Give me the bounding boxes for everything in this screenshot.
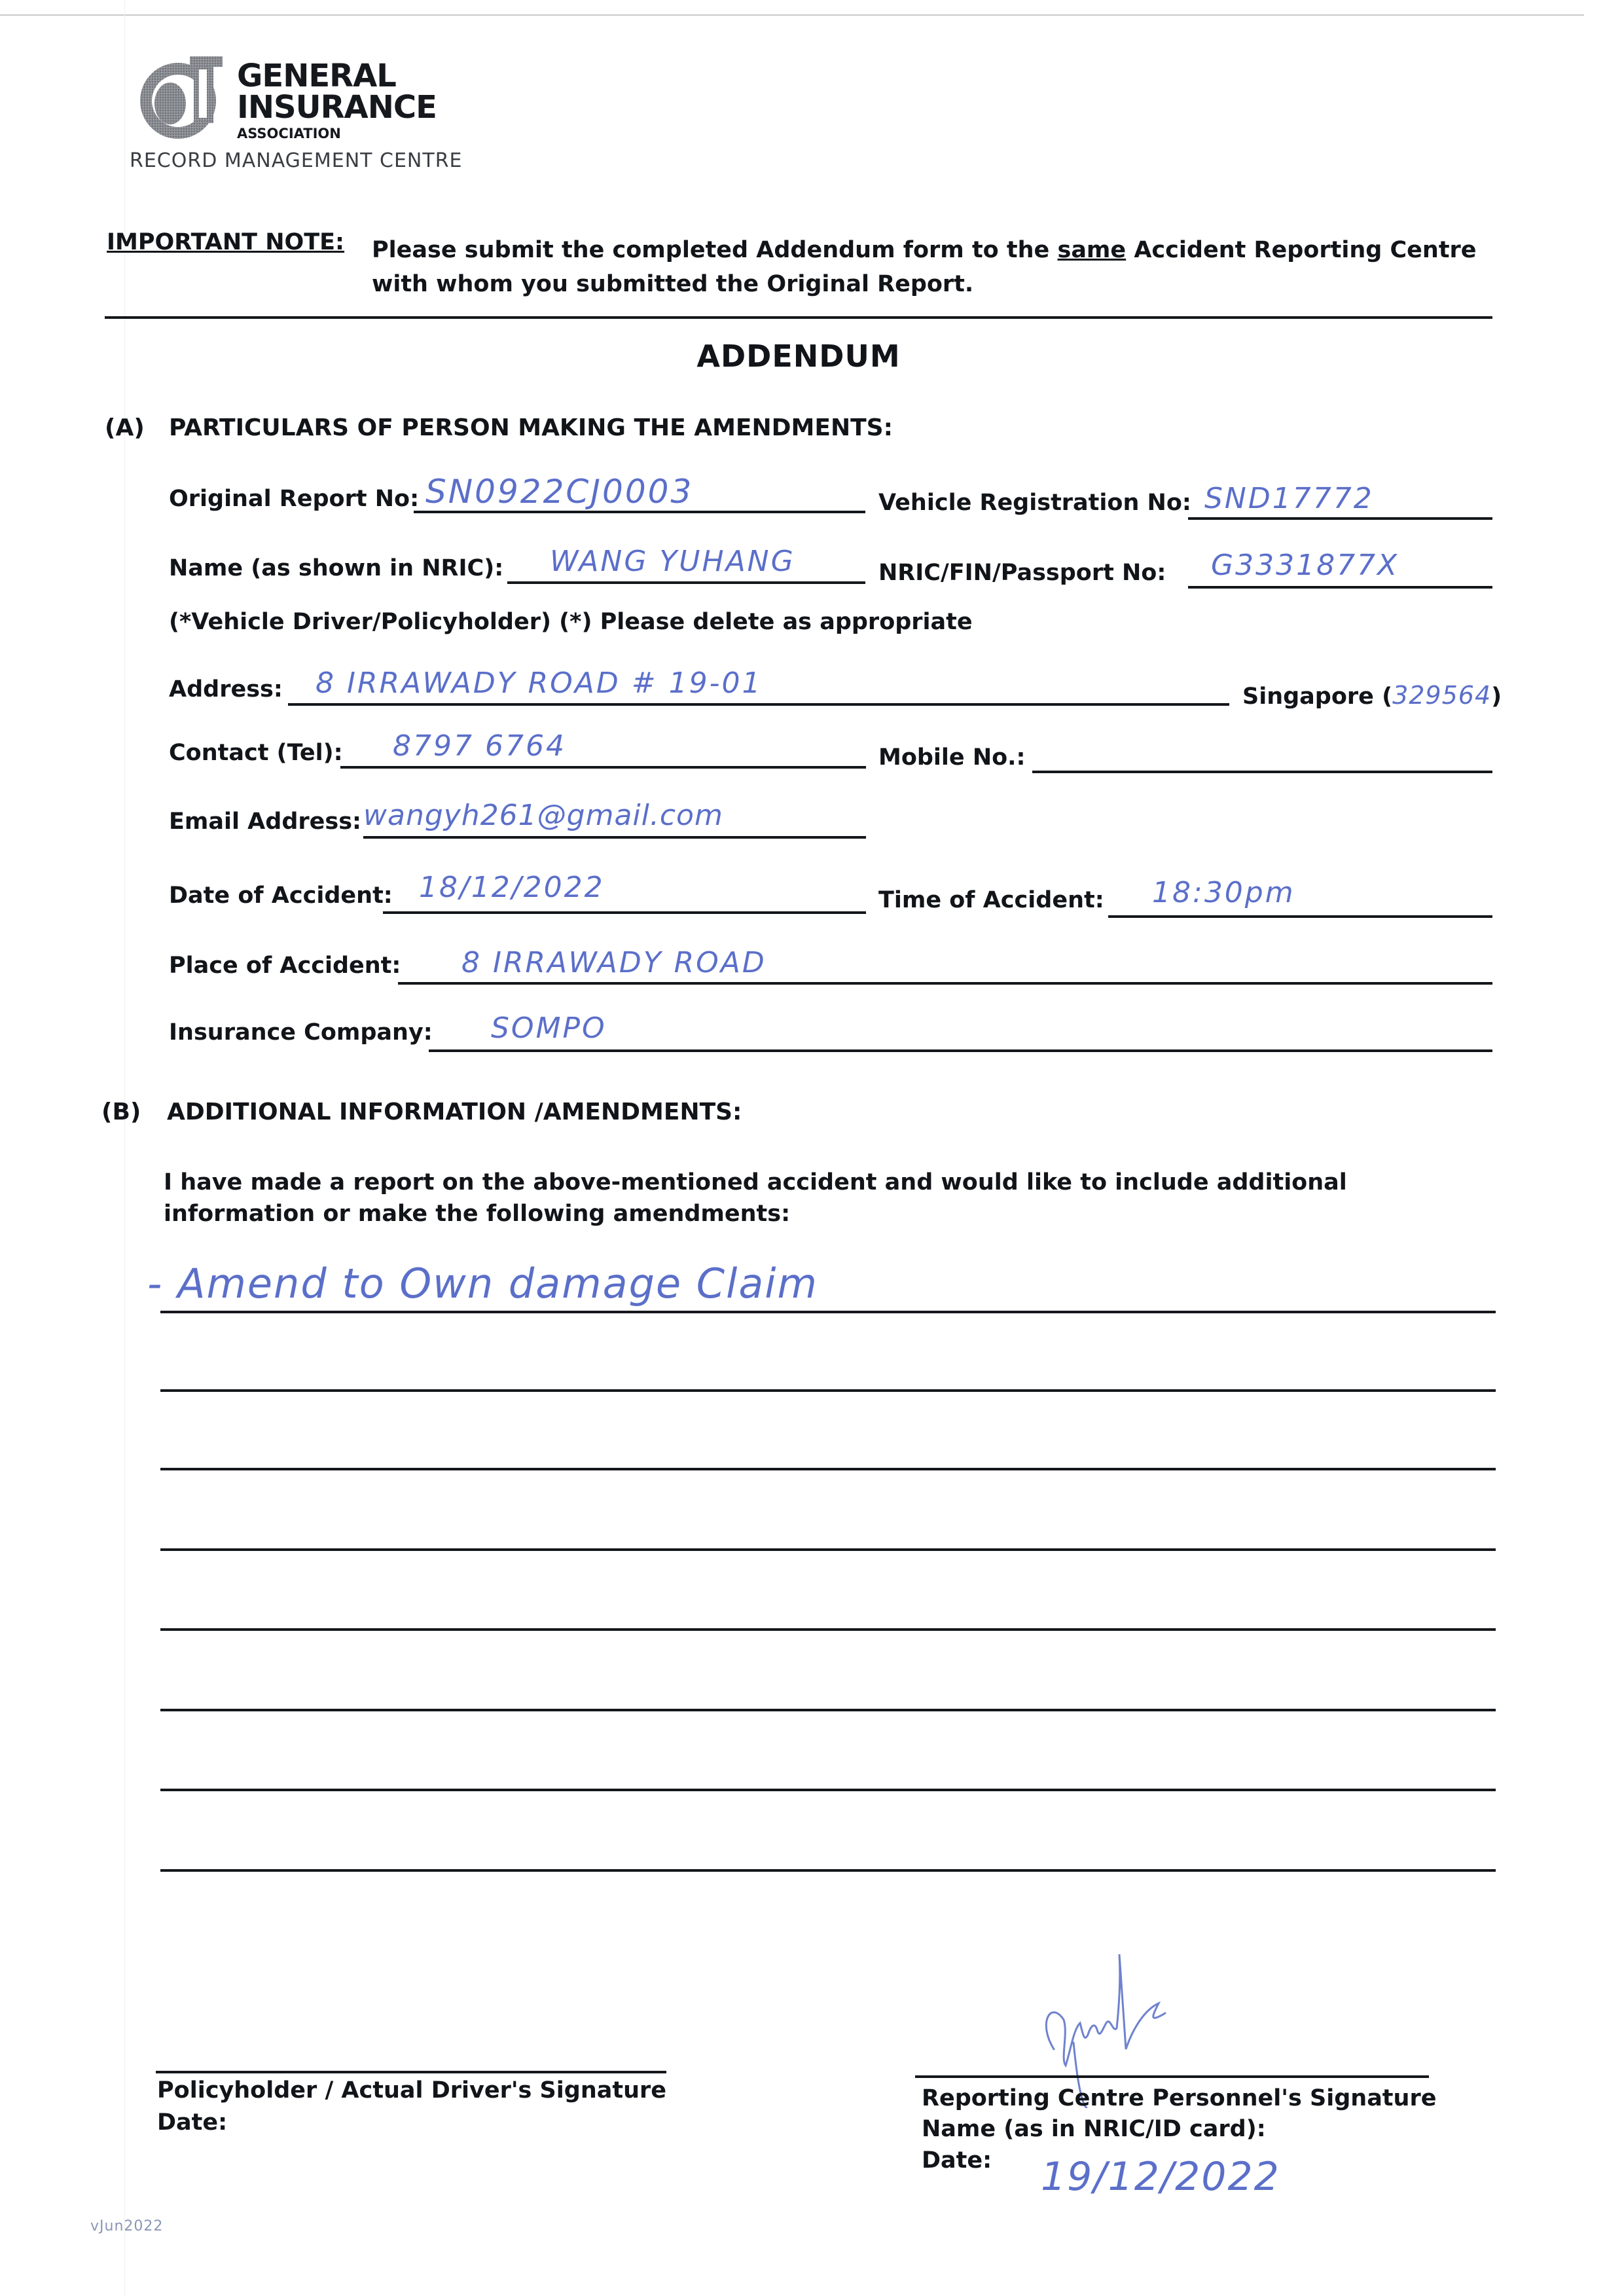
contact-tel-line bbox=[340, 766, 866, 769]
scan-top-edge bbox=[0, 14, 1584, 16]
place-of-accident-field[interactable]: 8 IRRAWADY ROAD bbox=[461, 946, 767, 979]
section-a-marker: (A) bbox=[105, 414, 145, 441]
page-title: ADDENDUM bbox=[0, 338, 1597, 374]
email-label: Email Address: bbox=[169, 809, 361, 835]
personnel-signature-caption: Reporting Centre Personnel's Signature bbox=[922, 2085, 1436, 2111]
gia-monogram-icon bbox=[131, 45, 236, 141]
important-note-label: IMPORTANT NOTE: bbox=[107, 229, 344, 255]
personnel-name-label: Name (as in NRIC/ID card): bbox=[922, 2116, 1266, 2142]
email-line bbox=[363, 836, 866, 839]
amendment-line bbox=[160, 1468, 1496, 1470]
logo-line-2: INSURANCE bbox=[237, 92, 437, 123]
driver-date-label: Date: bbox=[157, 2109, 227, 2136]
original-report-no-line bbox=[414, 511, 865, 513]
mobile-no-label: Mobile No.: bbox=[878, 744, 1025, 771]
singapore-open: Singapore ( bbox=[1242, 683, 1392, 710]
date-of-accident-field[interactable]: 18/12/2022 bbox=[419, 871, 605, 904]
personnel-signature-line bbox=[915, 2075, 1429, 2078]
logo-subtitle: RECORD MANAGEMENT CENTRE bbox=[130, 149, 463, 172]
time-of-accident-field[interactable]: 18:30pm bbox=[1152, 876, 1295, 909]
driver-signature-line bbox=[156, 2071, 666, 2073]
nric-field[interactable]: G3331877X bbox=[1211, 549, 1399, 582]
time-of-accident-label: Time of Accident: bbox=[878, 887, 1104, 913]
note-emphasis: same bbox=[1057, 237, 1126, 263]
singapore-close: ) bbox=[1491, 683, 1502, 710]
email-field[interactable]: wangyh261@gmail.com bbox=[363, 799, 723, 832]
personnel-signature bbox=[1034, 1951, 1204, 2108]
singapore-label: Singapore (329564) bbox=[1242, 681, 1502, 710]
logo-line-1: GENERAL bbox=[237, 60, 437, 92]
date-of-accident-label: Date of Accident: bbox=[169, 883, 393, 909]
logo-line-3: ASSOCIATION bbox=[237, 127, 437, 141]
amendment-line bbox=[160, 1869, 1496, 1872]
amendment-line bbox=[160, 1789, 1496, 1791]
mobile-no-line bbox=[1032, 771, 1492, 773]
amendment-line bbox=[160, 1311, 1496, 1313]
contact-tel-field[interactable]: 8797 6764 bbox=[393, 729, 566, 763]
amendment-line bbox=[160, 1709, 1496, 1711]
insurance-company-field[interactable]: SOMPO bbox=[491, 1011, 607, 1045]
important-note-text: Please submit the completed Addendum for… bbox=[372, 233, 1498, 301]
header-divider bbox=[105, 316, 1492, 319]
section-b-heading: ADDITIONAL INFORMATION /AMENDMENTS: bbox=[167, 1099, 742, 1125]
section-a-heading: PARTICULARS OF PERSON MAKING THE AMENDME… bbox=[169, 414, 893, 441]
driver-signature-caption: Policyholder / Actual Driver's Signature bbox=[157, 2077, 666, 2104]
insurance-company-line bbox=[429, 1049, 1492, 1052]
vehicle-registration-line bbox=[1188, 517, 1492, 520]
name-line bbox=[507, 581, 865, 584]
place-of-accident-label: Place of Accident: bbox=[169, 953, 401, 979]
note-text-before: Please submit the completed Addendum for… bbox=[372, 237, 1057, 263]
amendment-text-field[interactable]: - Amend to Own damage Claim bbox=[147, 1260, 818, 1307]
amendment-line bbox=[160, 1548, 1496, 1551]
insurance-company-label: Insurance Company: bbox=[169, 1019, 433, 1046]
original-report-no-field[interactable]: SN0922CJ0003 bbox=[425, 473, 693, 511]
amendment-line bbox=[160, 1628, 1496, 1631]
role-note: (*Vehicle Driver/Policyholder) (*) Pleas… bbox=[169, 609, 973, 635]
name-field[interactable]: WANG YUHANG bbox=[550, 545, 795, 578]
date-of-accident-line bbox=[383, 911, 866, 914]
personnel-date-field[interactable]: 19/12/2022 bbox=[1041, 2154, 1280, 2200]
address-label: Address: bbox=[169, 676, 283, 702]
vehicle-registration-field[interactable]: SND17772 bbox=[1204, 482, 1374, 515]
personnel-date-label: Date: bbox=[922, 2147, 992, 2174]
nric-label: NRIC/FIN/Passport No: bbox=[878, 560, 1166, 586]
original-report-no-label: Original Report No: bbox=[169, 486, 419, 512]
form-version: vJun2022 bbox=[90, 2218, 163, 2234]
name-label: Name (as shown in NRIC): bbox=[169, 555, 503, 581]
section-b-intro: I have made a report on the above-mentio… bbox=[164, 1167, 1506, 1230]
time-of-accident-line bbox=[1108, 915, 1492, 918]
address-field[interactable]: 8 IRRAWADY ROAD # 19-01 bbox=[316, 666, 762, 700]
vehicle-registration-label: Vehicle Registration No: bbox=[878, 490, 1191, 516]
address-line bbox=[288, 703, 1229, 706]
section-b-marker: (B) bbox=[101, 1099, 141, 1125]
logo-wordmark: GENERAL INSURANCE ASSOCIATION bbox=[237, 60, 437, 141]
postal-code-field[interactable]: 329564 bbox=[1392, 681, 1491, 710]
nric-line bbox=[1188, 586, 1492, 589]
contact-tel-label: Contact (Tel): bbox=[169, 740, 343, 766]
amendment-line bbox=[160, 1389, 1496, 1392]
place-of-accident-line bbox=[398, 982, 1492, 985]
